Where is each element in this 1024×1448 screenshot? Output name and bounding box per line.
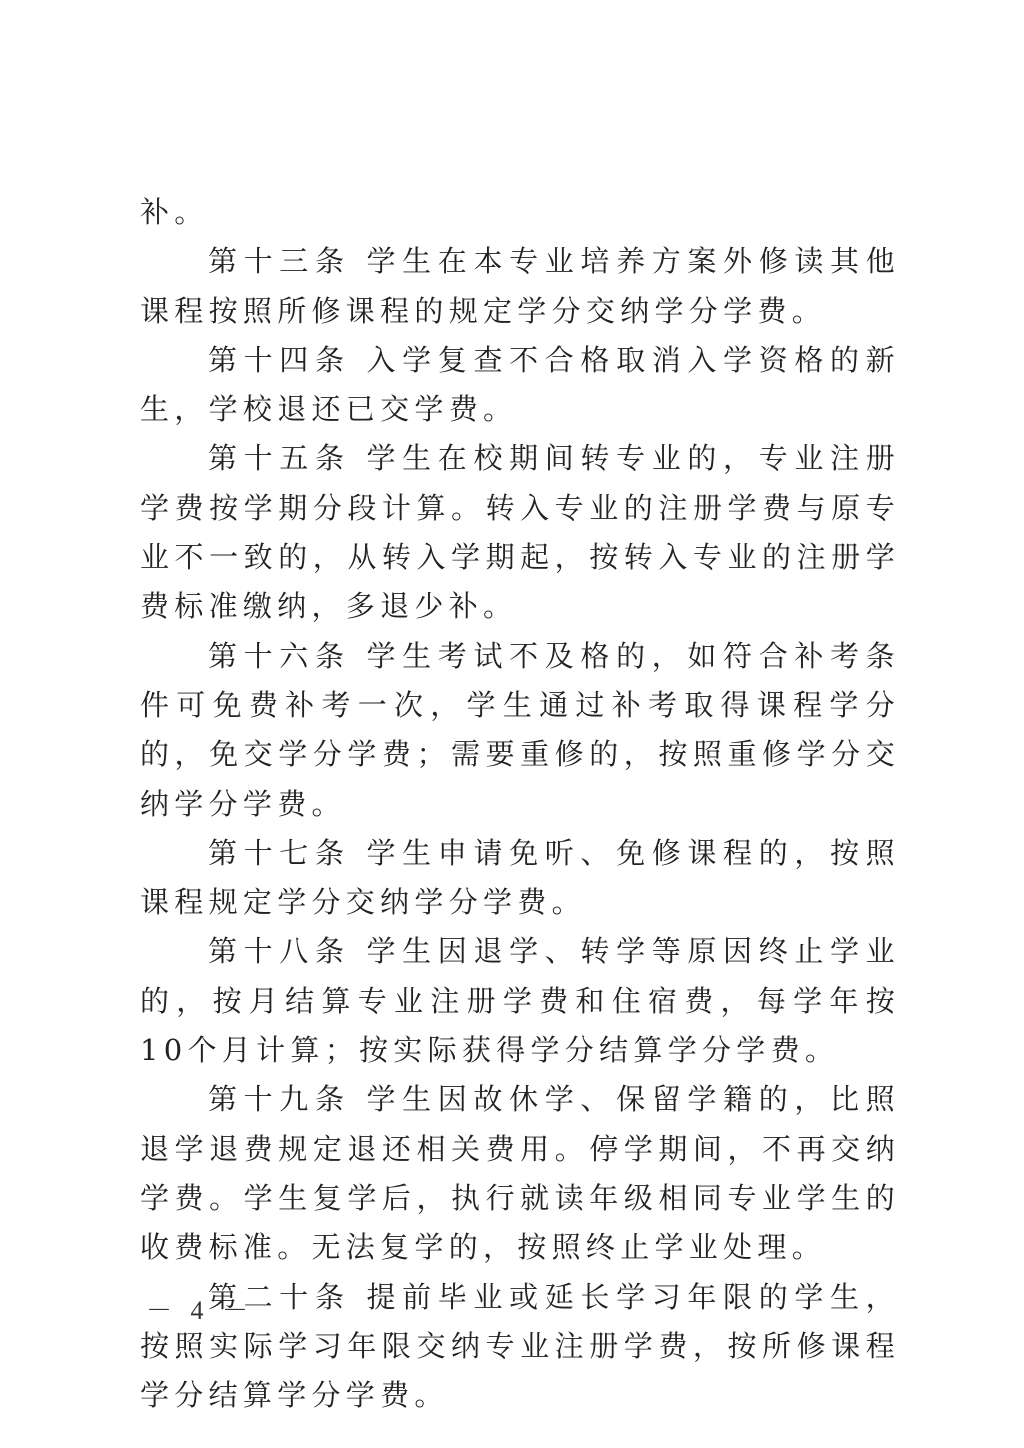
page-number: － 4 － — [146, 1290, 254, 1327]
paragraph-continuation: 补。 — [140, 188, 900, 237]
article-17: 第十七条 学生申请免听、免修课程的，按照课程规定学分交纳学分学费。 — [140, 829, 900, 928]
document-body: 补。 第十三条 学生在本专业培养方案外修读其他课程按照所修课程的规定学分交纳学分… — [140, 188, 900, 1420]
article-18: 第十八条 学生因退学、转学等原因终止学业的，按月结算专业注册学费和住宿费，每学年… — [140, 927, 900, 1075]
article-16: 第十六条 学生考试不及格的，如符合补考条件可免费补考一次，学生通过补考取得课程学… — [140, 632, 900, 829]
document-page: 补。 第十三条 学生在本专业培养方案外修读其他课程按照所修课程的规定学分交纳学分… — [0, 0, 1024, 1448]
article-19: 第十九条 学生因故休学、保留学籍的，比照退学退费规定退还相关费用。停学期间，不再… — [140, 1075, 900, 1272]
article-15: 第十五条 学生在校期间转专业的，专业注册学费按学期分段计算。转入专业的注册学费与… — [140, 434, 900, 631]
article-14: 第十四条 入学复查不合格取消入学资格的新生，学校退还已交学费。 — [140, 336, 900, 435]
article-13: 第十三条 学生在本专业培养方案外修读其他课程按照所修课程的规定学分交纳学分学费。 — [140, 237, 900, 336]
